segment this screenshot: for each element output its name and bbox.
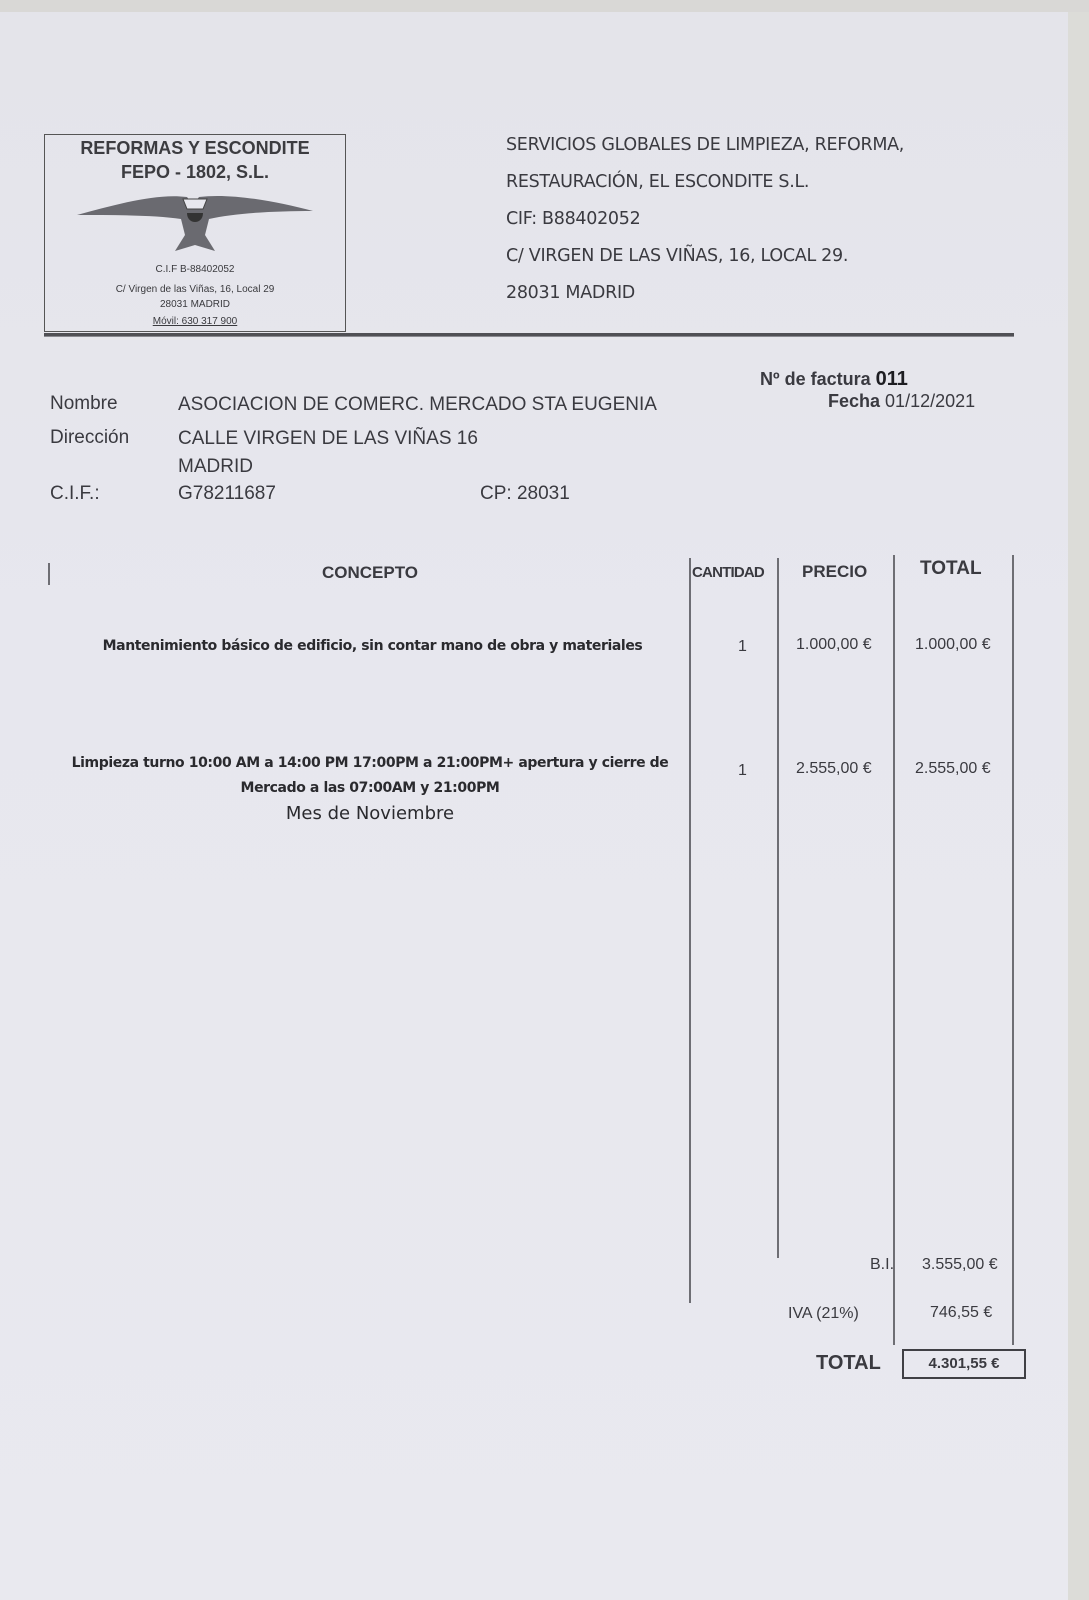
total-label: TOTAL <box>816 1352 881 1375</box>
logo-cif: C.I.F B-88402052 <box>45 263 345 276</box>
vat-label: IVA (21%) <box>788 1305 859 1323</box>
row-2-concept-line1: Limpieza turno 10:00 AM a 14:00 PM 17:00… <box>50 751 690 776</box>
table-divider-total <box>1012 555 1014 1345</box>
table-row-1-concept: Mantenimiento básico de edificio, sin co… <box>60 638 685 654</box>
row-2-total: 2.555,00 € <box>915 760 991 778</box>
client-cp-value: 28031 <box>517 483 570 504</box>
client-name: ASOCIACION DE COMERC. MERCADO STA EUGENI… <box>178 394 657 416</box>
client-address-line1: CALLE VIRGEN DE LAS VIÑAS 16 <box>178 428 478 450</box>
company-info: SERVICIOS GLOBALES DE LIMPIEZA, REFORMA,… <box>506 130 904 315</box>
invoice-number: Nº de factura 011 <box>760 368 908 391</box>
invoice-date-label: Fecha <box>828 391 880 411</box>
table-divider-concept <box>689 558 691 1303</box>
table-row-2-concept: Limpieza turno 10:00 AM a 14:00 PM 17:00… <box>50 751 690 826</box>
company-logo-box: REFORMAS Y ESCONDITE FEPO - 1802, S.L. C… <box>44 134 346 332</box>
row-2-concept-note: Mes de Noviembre <box>50 801 690 826</box>
company-city: 28031 MADRID <box>506 278 904 315</box>
logo-address: C/ Virgen de las Viñas, 16, Local 29 <box>45 283 345 296</box>
base-value: 3.555,00 € <box>922 1256 998 1274</box>
client-cif: G78211687 <box>178 483 276 505</box>
company-cif: CIF: B88402052 <box>506 204 904 241</box>
logo-mobile: Móvil: 630 317 900 <box>45 315 345 328</box>
row-1-total: 1.000,00 € <box>915 636 991 654</box>
client-address-label: Dirección <box>50 427 129 449</box>
header-concept: CONCEPTO <box>322 563 418 583</box>
client-name-label: Nombre <box>50 393 118 415</box>
header-total: TOTAL <box>920 558 982 580</box>
logo-title-line2: FEPO - 1802, S.L. <box>45 161 345 183</box>
header-divider <box>44 333 1014 337</box>
company-line: SERVICIOS GLOBALES DE LIMPIEZA, REFORMA, <box>506 130 904 167</box>
invoice-date: Fecha 01/12/2021 <box>828 391 975 412</box>
row-2-price: 2.555,00 € <box>796 760 872 778</box>
base-label: B.I. <box>870 1256 894 1274</box>
client-address-line2: MADRID <box>178 456 253 478</box>
company-address: C/ VIRGEN DE LAS VIÑAS, 16, LOCAL 29. <box>506 241 904 278</box>
table-divider-price <box>893 555 895 1345</box>
row-2-concept-line2: Mercado a las 07:00AM y 21:00PM <box>50 776 690 801</box>
vat-value: 746,55 € <box>930 1304 992 1322</box>
row-1-quantity: 1 <box>738 638 747 656</box>
company-line: RESTAURACIÓN, EL ESCONDITE S.L. <box>506 167 904 204</box>
row-2-quantity: 1 <box>738 762 747 780</box>
header-quantity: CANTIDAD <box>692 564 764 581</box>
invoice-number-label: Nº de factura <box>760 369 871 389</box>
header-price: PRECIO <box>802 562 867 582</box>
table-left-mark <box>48 563 50 585</box>
total-value: 4.301,55 € <box>902 1349 1026 1379</box>
invoice-number-value: 011 <box>876 368 908 390</box>
table-divider-quantity <box>777 558 779 1258</box>
client-cif-label: C.I.F.: <box>50 483 100 505</box>
logo-city: 28031 MADRID <box>45 298 345 311</box>
row-1-price: 1.000,00 € <box>796 636 872 654</box>
eagle-icon <box>75 185 315 255</box>
client-cp: CP: 28031 <box>480 483 570 505</box>
invoice-date-value: 01/12/2021 <box>885 391 975 411</box>
client-cp-label: CP: <box>480 483 512 504</box>
page-edge <box>1068 12 1089 1600</box>
row-1-concept-text: Mantenimiento básico de edificio, sin co… <box>60 638 685 654</box>
logo-title-line1: REFORMAS Y ESCONDITE <box>45 137 345 159</box>
